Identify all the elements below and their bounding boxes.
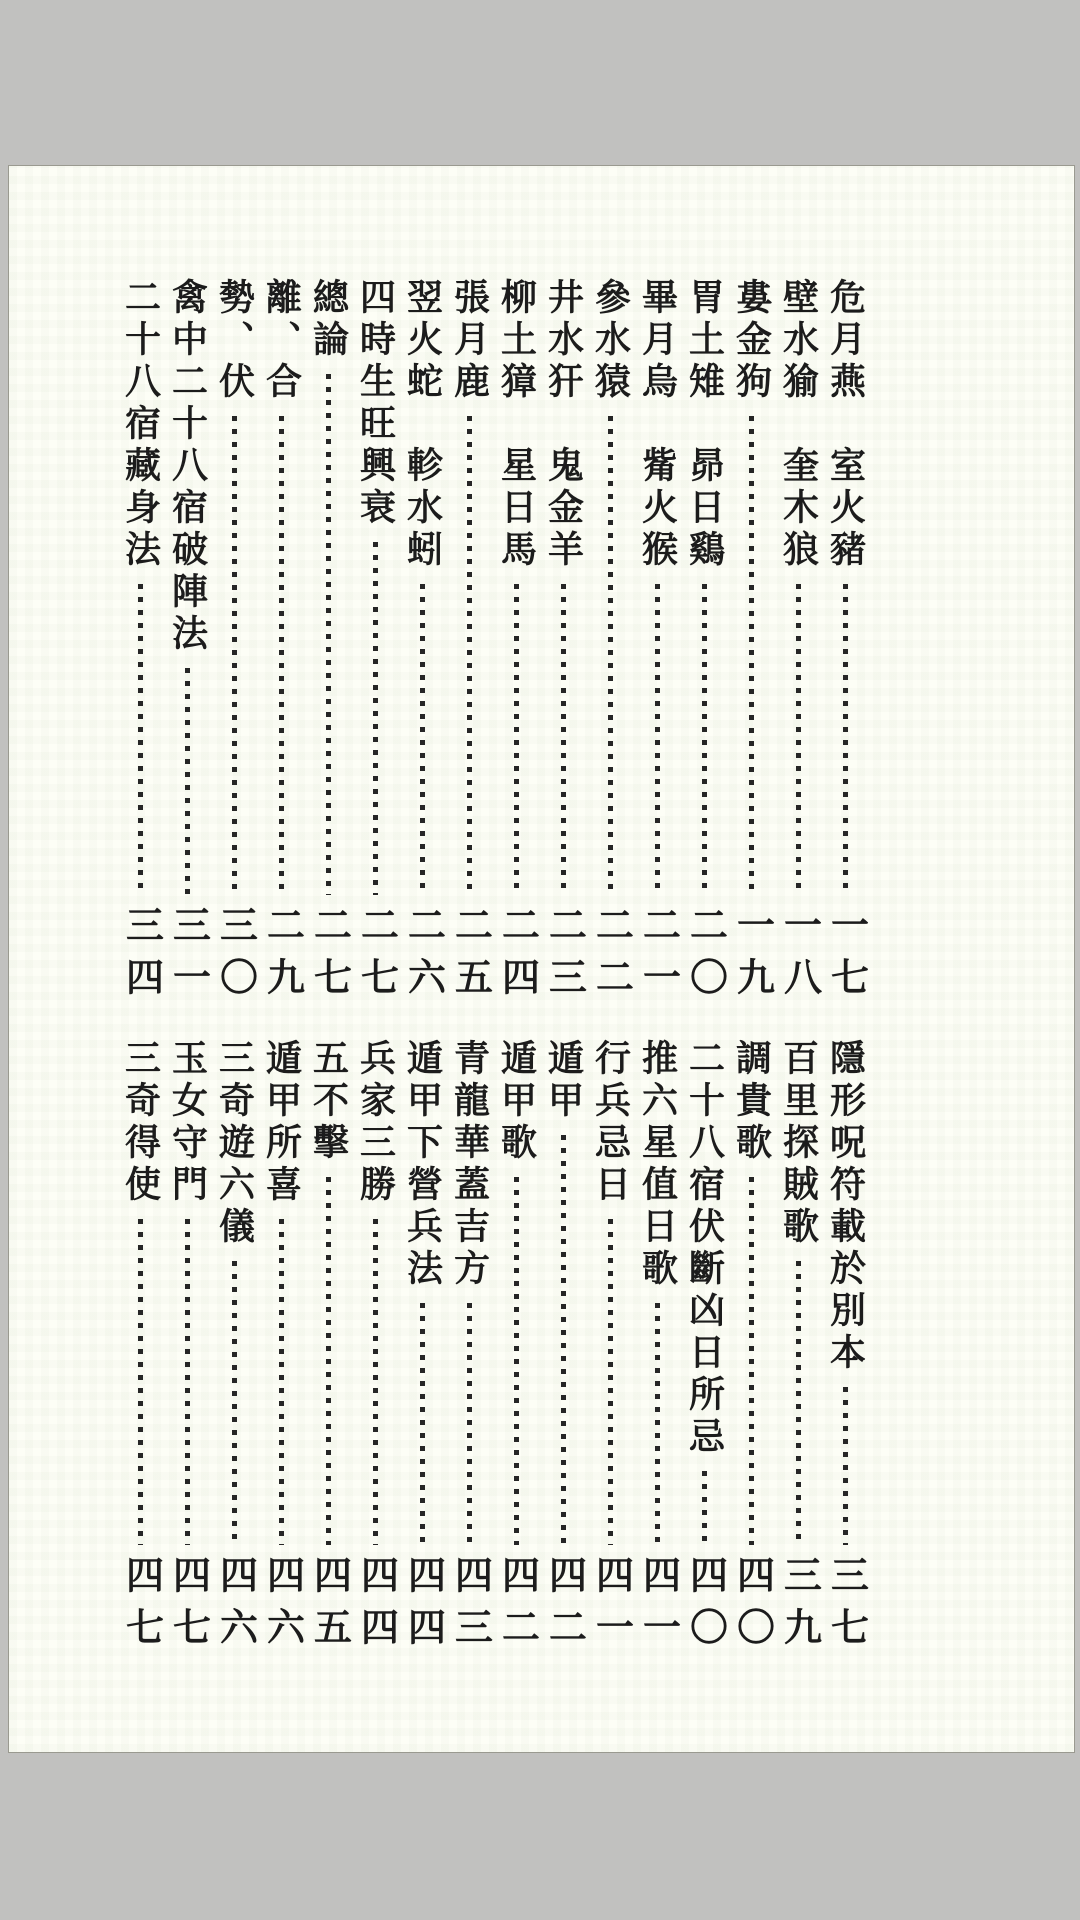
entry-page-number: 二三 (545, 905, 583, 1009)
toc-entry: 婁金狗 一九 (728, 278, 775, 1011)
entry-page-number: 四四 (357, 1555, 395, 1659)
entry-page-number: 四〇 (733, 1555, 771, 1659)
dot-leader (185, 1219, 190, 1545)
dot-leader (749, 416, 754, 895)
dot-leader (749, 1177, 754, 1545)
entry-title: 三奇遊六儀 (217, 1039, 253, 1249)
dot-leader (232, 1261, 237, 1545)
toc-entry: 危月燕 室火豬 一七 (822, 278, 869, 1011)
entry-page-number: 二〇 (686, 905, 724, 1009)
dot-leader (655, 1303, 660, 1545)
dot-leader (514, 1177, 519, 1545)
dot-leader (843, 1387, 848, 1545)
toc-entry: 胃土雉 昴日鷄 二〇 (681, 278, 728, 1011)
toc-entry: 壁水㺄 奎木狼 一八 (775, 278, 822, 1011)
entry-page-number: 二四 (498, 905, 536, 1009)
toc-entry: 四時生旺興衰 二七 (352, 278, 399, 1011)
entry-title: 畢月烏 觜火猴 (640, 278, 676, 572)
toc-entry: 翌火蛇 軫水蚓 二六 (399, 278, 446, 1011)
entry-page-number: 四〇 (686, 1555, 724, 1659)
entry-title: 青龍華蓋吉方 (452, 1039, 488, 1291)
entry-title: 隱形呪符載於別本 (828, 1039, 864, 1375)
entry-title: 張月鹿 (452, 278, 488, 404)
toc-bottom-block: 隱形呪符載於別本 三七 百里探賊歌 三九 調貴歌 四〇 二十八宿伏斷凶日所忌 四… (117, 1039, 869, 1661)
entry-title: 勢、伏 (217, 278, 253, 404)
entry-title: 胃土雉 昴日鷄 (687, 278, 723, 572)
entry-title: 遁甲下營兵法 (405, 1039, 441, 1291)
entry-page-number: 四七 (169, 1555, 207, 1659)
entry-page-number: 二七 (310, 905, 348, 1009)
toc-entry: 離、合 二九 (258, 278, 305, 1011)
toc-entry: 隱形呪符載於別本 三七 (822, 1039, 869, 1661)
dot-leader (561, 1135, 566, 1545)
dot-leader (796, 584, 801, 895)
entry-page-number: 四二 (545, 1555, 583, 1659)
entry-title: 二十八宿藏身法 (123, 278, 159, 572)
entry-page-number: 三九 (780, 1555, 818, 1659)
entry-title: 百里探賊歌 (781, 1039, 817, 1249)
dot-leader (702, 1471, 707, 1545)
toc-entry: 五不擊 四五 (305, 1039, 352, 1661)
entry-page-number: 二一 (639, 905, 677, 1009)
entry-page-number: 一九 (733, 905, 771, 1009)
entry-title: 行兵忌日 (593, 1039, 629, 1207)
entry-title: 遁甲所喜 (264, 1039, 300, 1207)
toc-entry: 調貴歌 四〇 (728, 1039, 775, 1661)
entry-title: 調貴歌 (734, 1039, 770, 1165)
entry-page-number: 四二 (498, 1555, 536, 1659)
toc-entry: 二十八宿藏身法 三四 (117, 278, 164, 1011)
toc-entry: 推六星值日歌 四一 (634, 1039, 681, 1661)
book-page: 危月燕 室火豬 一七 壁水㺄 奎木狼 一八 婁金狗 一九 胃土雉 昴日鷄 二〇 … (8, 165, 1075, 1753)
toc-entry: 遁甲 四二 (540, 1039, 587, 1661)
dot-leader (608, 416, 613, 895)
entry-page-number: 三一 (169, 905, 207, 1009)
toc-entry: 三奇遊六儀 四六 (211, 1039, 258, 1661)
entry-title: 婁金狗 (734, 278, 770, 404)
toc-entry: 行兵忌日 四一 (587, 1039, 634, 1661)
dot-leader (420, 1303, 425, 1545)
toc-entry: 畢月烏 觜火猴 二一 (634, 278, 681, 1011)
dot-leader (232, 416, 237, 895)
entry-title: 翌火蛇 軫水蚓 (405, 278, 441, 572)
toc-entry: 張月鹿 二五 (446, 278, 493, 1011)
entry-title: 兵家三勝 (358, 1039, 394, 1207)
entry-page-number: 四六 (216, 1555, 254, 1659)
entry-page-number: 二二 (592, 905, 630, 1009)
entry-page-number: 四四 (404, 1555, 442, 1659)
entry-title: 二十八宿伏斷凶日所忌 (687, 1039, 723, 1459)
dot-leader (138, 1219, 143, 1545)
toc-entry: 二十八宿伏斷凶日所忌 四〇 (681, 1039, 728, 1661)
entry-title: 推六星值日歌 (640, 1039, 676, 1291)
entry-page-number: 二七 (357, 905, 395, 1009)
dot-leader (279, 1219, 284, 1545)
entry-title: 禽中二十八宿破陣法 (170, 278, 206, 656)
toc-entry: 禽中二十八宿破陣法 三一 (164, 278, 211, 1011)
entry-page-number: 四三 (451, 1555, 489, 1659)
toc-entry: 柳土獐 星日馬 二四 (493, 278, 540, 1011)
entry-page-number: 三四 (122, 905, 160, 1009)
entry-page-number: 二六 (404, 905, 442, 1009)
entry-title: 遁甲 (546, 1039, 582, 1123)
toc-entry: 三奇得使 四七 (117, 1039, 164, 1661)
entry-title: 遁甲歌 (499, 1039, 535, 1165)
dot-leader (467, 416, 472, 895)
entry-title: 壁水㺄 奎木狼 (781, 278, 817, 572)
entry-title: 井水犴 鬼金羊 (546, 278, 582, 572)
dot-leader (138, 584, 143, 895)
entry-page-number: 一八 (780, 905, 818, 1009)
scan-background: 危月燕 室火豬 一七 壁水㺄 奎木狼 一八 婁金狗 一九 胃土雉 昴日鷄 二〇 … (0, 0, 1080, 1920)
toc-entry: 總論 二七 (305, 278, 352, 1011)
entry-title: 離、合 (264, 278, 300, 404)
dot-leader (373, 542, 378, 895)
toc-entry: 參水猿 二二 (587, 278, 634, 1011)
entry-title: 總論 (311, 278, 347, 362)
dot-leader (279, 416, 284, 895)
dot-leader (326, 374, 331, 895)
dot-leader (843, 584, 848, 895)
entry-page-number: 三七 (827, 1555, 865, 1659)
dot-leader (655, 584, 660, 895)
toc-entry: 遁甲所喜 四六 (258, 1039, 305, 1661)
toc-entry: 百里探賊歌 三九 (775, 1039, 822, 1661)
entry-title: 三奇得使 (123, 1039, 159, 1207)
toc-entry: 井水犴 鬼金羊 二三 (540, 278, 587, 1011)
toc-entry: 兵家三勝 四四 (352, 1039, 399, 1661)
dot-leader (608, 1219, 613, 1545)
entry-title: 參水猿 (593, 278, 629, 404)
dot-leader (373, 1219, 378, 1545)
entry-page-number: 三〇 (216, 905, 254, 1009)
toc-entry: 遁甲下營兵法 四四 (399, 1039, 446, 1661)
dot-leader (514, 584, 519, 895)
toc-entry: 遁甲歌 四二 (493, 1039, 540, 1661)
dot-leader (420, 584, 425, 895)
toc-entry: 玉女守門 四七 (164, 1039, 211, 1661)
dot-leader (561, 584, 566, 895)
toc-top-block: 危月燕 室火豬 一七 壁水㺄 奎木狼 一八 婁金狗 一九 胃土雉 昴日鷄 二〇 … (117, 278, 869, 1011)
entry-page-number: 四七 (122, 1555, 160, 1659)
entry-page-number: 四五 (310, 1555, 348, 1659)
entry-title: 四時生旺興衰 (358, 278, 394, 530)
entry-page-number: 二九 (263, 905, 301, 1009)
entry-page-number: 二五 (451, 905, 489, 1009)
entry-page-number: 四一 (639, 1555, 677, 1659)
dot-leader (326, 1177, 331, 1545)
entry-page-number: 四一 (592, 1555, 630, 1659)
entry-title: 危月燕 室火豬 (828, 278, 864, 572)
entry-page-number: 四六 (263, 1555, 301, 1659)
toc-entry: 勢、伏 三〇 (211, 278, 258, 1011)
dot-leader (702, 584, 707, 895)
entry-title: 玉女守門 (170, 1039, 206, 1207)
dot-leader (796, 1261, 801, 1545)
dot-leader (467, 1303, 472, 1545)
entry-title: 柳土獐 星日馬 (499, 278, 535, 572)
toc-entry: 青龍華蓋吉方 四三 (446, 1039, 493, 1661)
entry-title: 五不擊 (311, 1039, 347, 1165)
entry-page-number: 一七 (827, 905, 865, 1009)
dot-leader (185, 668, 190, 895)
